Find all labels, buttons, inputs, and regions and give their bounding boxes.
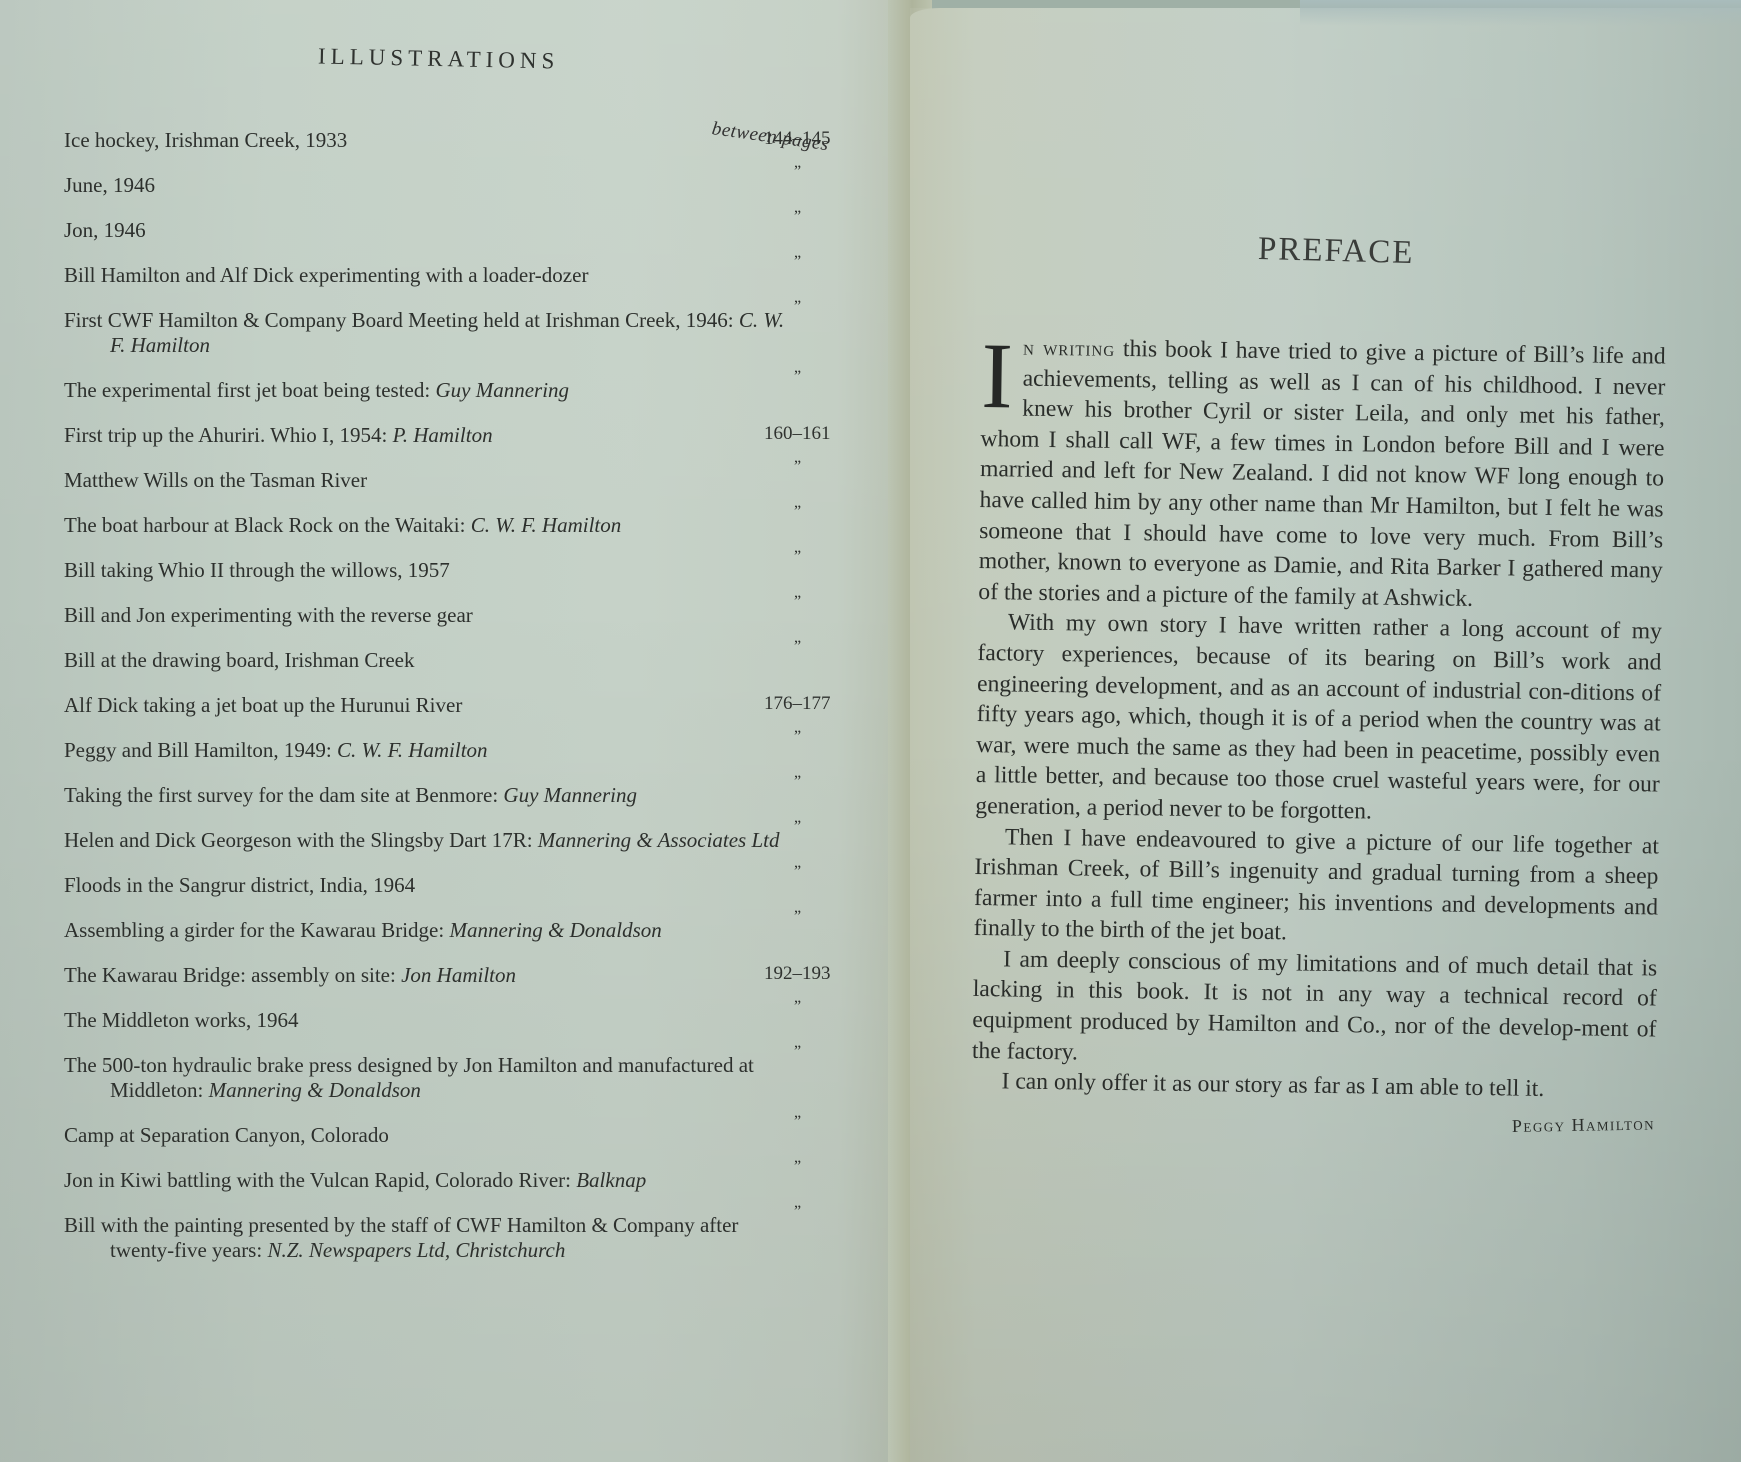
- page-reference: ”: [794, 1199, 801, 1224]
- page-reference: ”: [794, 454, 801, 479]
- illustration-entry: First CWF Hamilton & Company Board Meeti…: [64, 308, 800, 358]
- illustration-caption: Taking the first survey for the dam site…: [64, 783, 498, 807]
- illustration-entry: The Kawarau Bridge: assembly on site: Jo…: [64, 963, 800, 988]
- page-reference: ”: [794, 859, 801, 884]
- page-reference: ”: [794, 634, 801, 659]
- illustration-entry: The Middleton works, 1964 ”: [64, 1008, 800, 1033]
- page-reference: ”: [794, 904, 801, 929]
- page-reference: ”: [794, 1039, 801, 1064]
- photo-credit: Mannering & Associates Ltd: [538, 828, 780, 852]
- page-reference: 176–177: [764, 691, 831, 716]
- illustration-entry: The 500-ton hydraulic brake press design…: [64, 1053, 800, 1103]
- illustration-caption: Ice hockey, Irishman Creek, 1933: [64, 128, 347, 152]
- photo-credit: Guy Mannering: [435, 378, 569, 402]
- illustration-entry: June, 1946 ”: [64, 173, 800, 198]
- illustration-caption: Jon in Kiwi battling with the Vulcan Rap…: [64, 1168, 571, 1192]
- illustration-caption: The Kawarau Bridge: assembly on site:: [64, 963, 396, 987]
- illustration-entry: Camp at Separation Canyon, Colorado ”: [64, 1123, 800, 1148]
- illustration-caption: Camp at Separation Canyon, Colorado: [64, 1123, 389, 1147]
- illustration-caption: Matthew Wills on the Tasman River: [64, 468, 367, 492]
- page-reference: ”: [794, 724, 801, 749]
- preface-paragraph: In writing this book I have tried to giv…: [978, 332, 1666, 617]
- illustration-entry: Matthew Wills on the Tasman River ”: [64, 468, 800, 493]
- illustration-entry: Jon, 1946 ”: [64, 218, 800, 243]
- illustration-caption: June, 1946: [64, 173, 155, 197]
- illustration-entry: Jon in Kiwi battling with the Vulcan Rap…: [64, 1168, 800, 1193]
- illustration-entry: Bill with the painting presented by the …: [64, 1213, 800, 1263]
- illustration-caption: First CWF Hamilton & Company Board Meeti…: [64, 308, 734, 332]
- illustration-entry: Alf Dick taking a jet boat up the Hurunu…: [64, 693, 800, 718]
- illustration-caption: Bill Hamilton and Alf Dick experimenting…: [64, 263, 588, 287]
- photo-credit: Mannering & Donaldson: [209, 1078, 421, 1102]
- page-reference: ”: [794, 1109, 801, 1134]
- illustration-entry: Bill taking Whio II through the willows,…: [64, 558, 800, 583]
- page-reference: ”: [794, 159, 801, 184]
- page-reference: ”: [794, 364, 801, 389]
- illustrations-list: Ice hockey, Irishman Creek, 1933 144–145…: [64, 128, 764, 1283]
- illustration-caption: Bill at the drawing board, Irishman Cree…: [64, 648, 415, 672]
- illustration-caption: Bill taking Whio II through the willows,…: [64, 558, 450, 582]
- illustration-caption: The experimental first jet boat being te…: [64, 378, 430, 402]
- illustration-entry: Peggy and Bill Hamilton, 1949: C. W. F. …: [64, 738, 800, 763]
- illustration-entry: Bill at the drawing board, Irishman Cree…: [64, 648, 800, 673]
- page-reference: 160–161: [764, 421, 831, 446]
- paragraph-text: this book I have tried to give a picture…: [978, 336, 1666, 612]
- page-reference: ”: [794, 249, 801, 274]
- illustration-entry: Floods in the Sangrur district, India, 1…: [64, 873, 800, 898]
- page-reference: ”: [794, 204, 801, 229]
- illustration-caption: Peggy and Bill Hamilton, 1949:: [64, 738, 332, 762]
- page-reference: ”: [794, 499, 801, 524]
- illustration-caption: Bill and Jon experimenting with the reve…: [64, 603, 473, 627]
- photo-credit: Mannering & Donaldson: [449, 918, 661, 942]
- page-reference: ”: [794, 769, 801, 794]
- page-reference: 192–193: [764, 961, 831, 986]
- page-reference: ”: [794, 1154, 801, 1179]
- photo-credit: Guy Mannering: [503, 783, 637, 807]
- preface-heading: PREFACE: [1258, 231, 1415, 272]
- illustration-entry: Assembling a girder for the Kawarau Brid…: [64, 918, 800, 943]
- preface-body: In writing this book I have tried to giv…: [971, 332, 1666, 1139]
- photo-credit: P. Hamilton: [393, 423, 493, 447]
- page-reference: ”: [794, 294, 801, 319]
- illustration-entry: Helen and Dick Georgeson with the Slings…: [64, 828, 800, 853]
- page-reference: ”: [794, 589, 801, 614]
- illustrations-heading: ILLUSTRATIONS: [318, 43, 560, 74]
- photo-credit: C. W. F. Hamilton: [337, 738, 488, 762]
- illustration-entry: The boat harbour at Black Rock on the Wa…: [64, 513, 800, 538]
- photo-credit: Jon Hamilton: [401, 963, 516, 987]
- illustration-entry: Bill and Jon experimenting with the reve…: [64, 603, 800, 628]
- book-spread: ILLUSTRATIONS between pages Ice hockey, …: [0, 0, 1741, 1462]
- illustration-caption: The boat harbour at Black Rock on the Wa…: [64, 513, 465, 537]
- illustration-caption: Helen and Dick Georgeson with the Slings…: [64, 828, 533, 852]
- preface-paragraph: I am deeply conscious of my limitations …: [972, 944, 1658, 1076]
- page-reference: ”: [794, 814, 801, 839]
- lead-small-caps: n writing: [1023, 336, 1115, 361]
- illustration-caption: Assembling a girder for the Kawarau Brid…: [64, 918, 444, 942]
- drop-cap: I: [981, 336, 1013, 414]
- illustration-caption: The Middleton works, 1964: [64, 1008, 298, 1032]
- photo-credit: C. W. F. Hamilton: [471, 513, 622, 537]
- page-reference: ”: [794, 544, 801, 569]
- photo-credit: Balknap: [576, 1168, 646, 1192]
- page-reference: ”: [794, 994, 801, 1019]
- illustration-caption: First trip up the Ahuriri. Whio I, 1954:: [64, 423, 387, 447]
- illustration-entry: First trip up the Ahuriri. Whio I, 1954:…: [64, 423, 800, 448]
- preface-paragraph: Then I have endeavoured to give a pictur…: [973, 821, 1659, 953]
- illustration-entry: The experimental first jet boat being te…: [64, 378, 800, 403]
- photo-credit: N.Z. Newspapers Ltd, Christchurch: [267, 1238, 565, 1262]
- illustration-entry: Bill Hamilton and Alf Dick experimenting…: [64, 263, 800, 288]
- illustration-caption: Jon, 1946: [64, 218, 146, 242]
- illustration-caption: Alf Dick taking a jet boat up the Hurunu…: [64, 693, 462, 717]
- illustration-caption: Floods in the Sangrur district, India, 1…: [64, 873, 415, 897]
- preface-paragraph: With my own story I have written rather …: [975, 607, 1662, 831]
- illustration-entry: Ice hockey, Irishman Creek, 1933 144–145: [64, 128, 800, 153]
- illustration-entry: Taking the first survey for the dam site…: [64, 783, 800, 808]
- page-edge-shadow: [1300, 0, 1741, 26]
- page-reference: 144–145: [764, 126, 831, 151]
